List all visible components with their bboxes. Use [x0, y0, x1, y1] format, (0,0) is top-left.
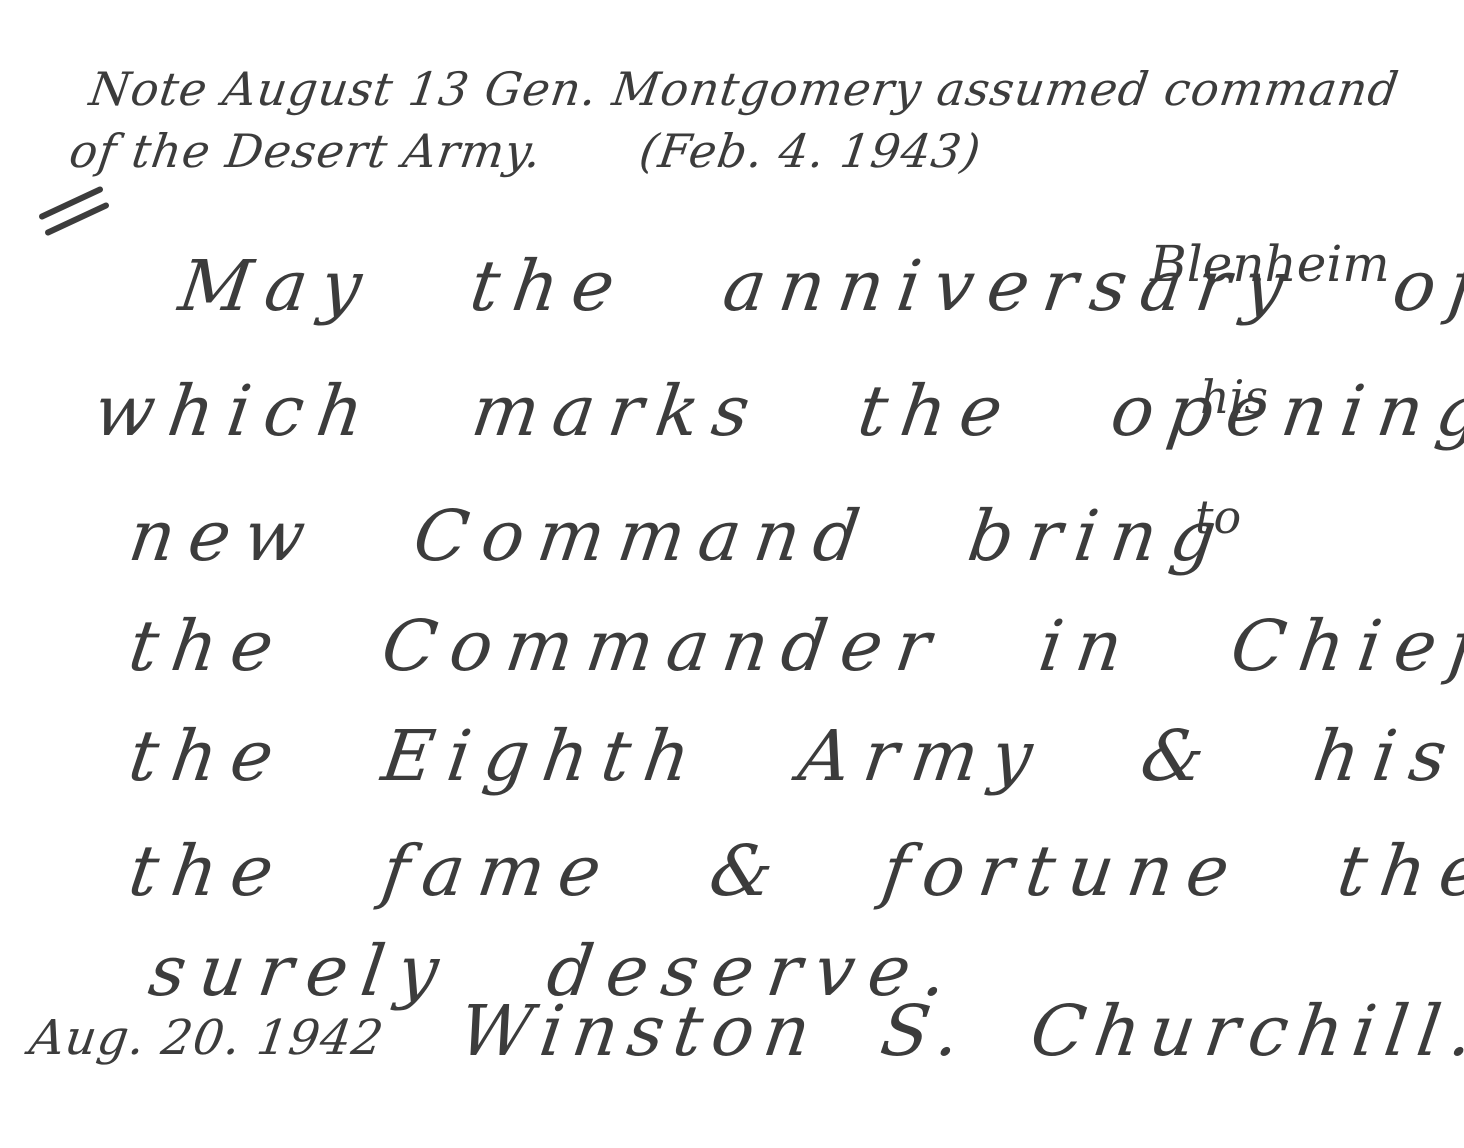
signature-name: Winston S. Churchill. [454, 990, 1464, 1072]
letter-line-3: new Command bring [124, 495, 1235, 577]
note-date: (Feb. 4. 1943) [636, 124, 984, 178]
letter-line-3-insert: to [1195, 490, 1241, 544]
letter-line-1-insert: Blenheim [1150, 235, 1390, 293]
letter-line-6: the fame & fortune they well [124, 830, 1464, 912]
letter-line-2-insert: his [1200, 370, 1268, 424]
letter-line-4: the Commander in Chief of [124, 605, 1464, 687]
note-line-2: of the Desert Army. [66, 124, 545, 178]
note-line-1: Note August 13 Gen. Montgomery assumed c… [86, 62, 1402, 116]
signature-date: Aug. 20. 1942 [26, 1010, 387, 1066]
underline-mark [38, 185, 104, 220]
letter-line-5: the Eighth Army & his troops [124, 715, 1464, 797]
